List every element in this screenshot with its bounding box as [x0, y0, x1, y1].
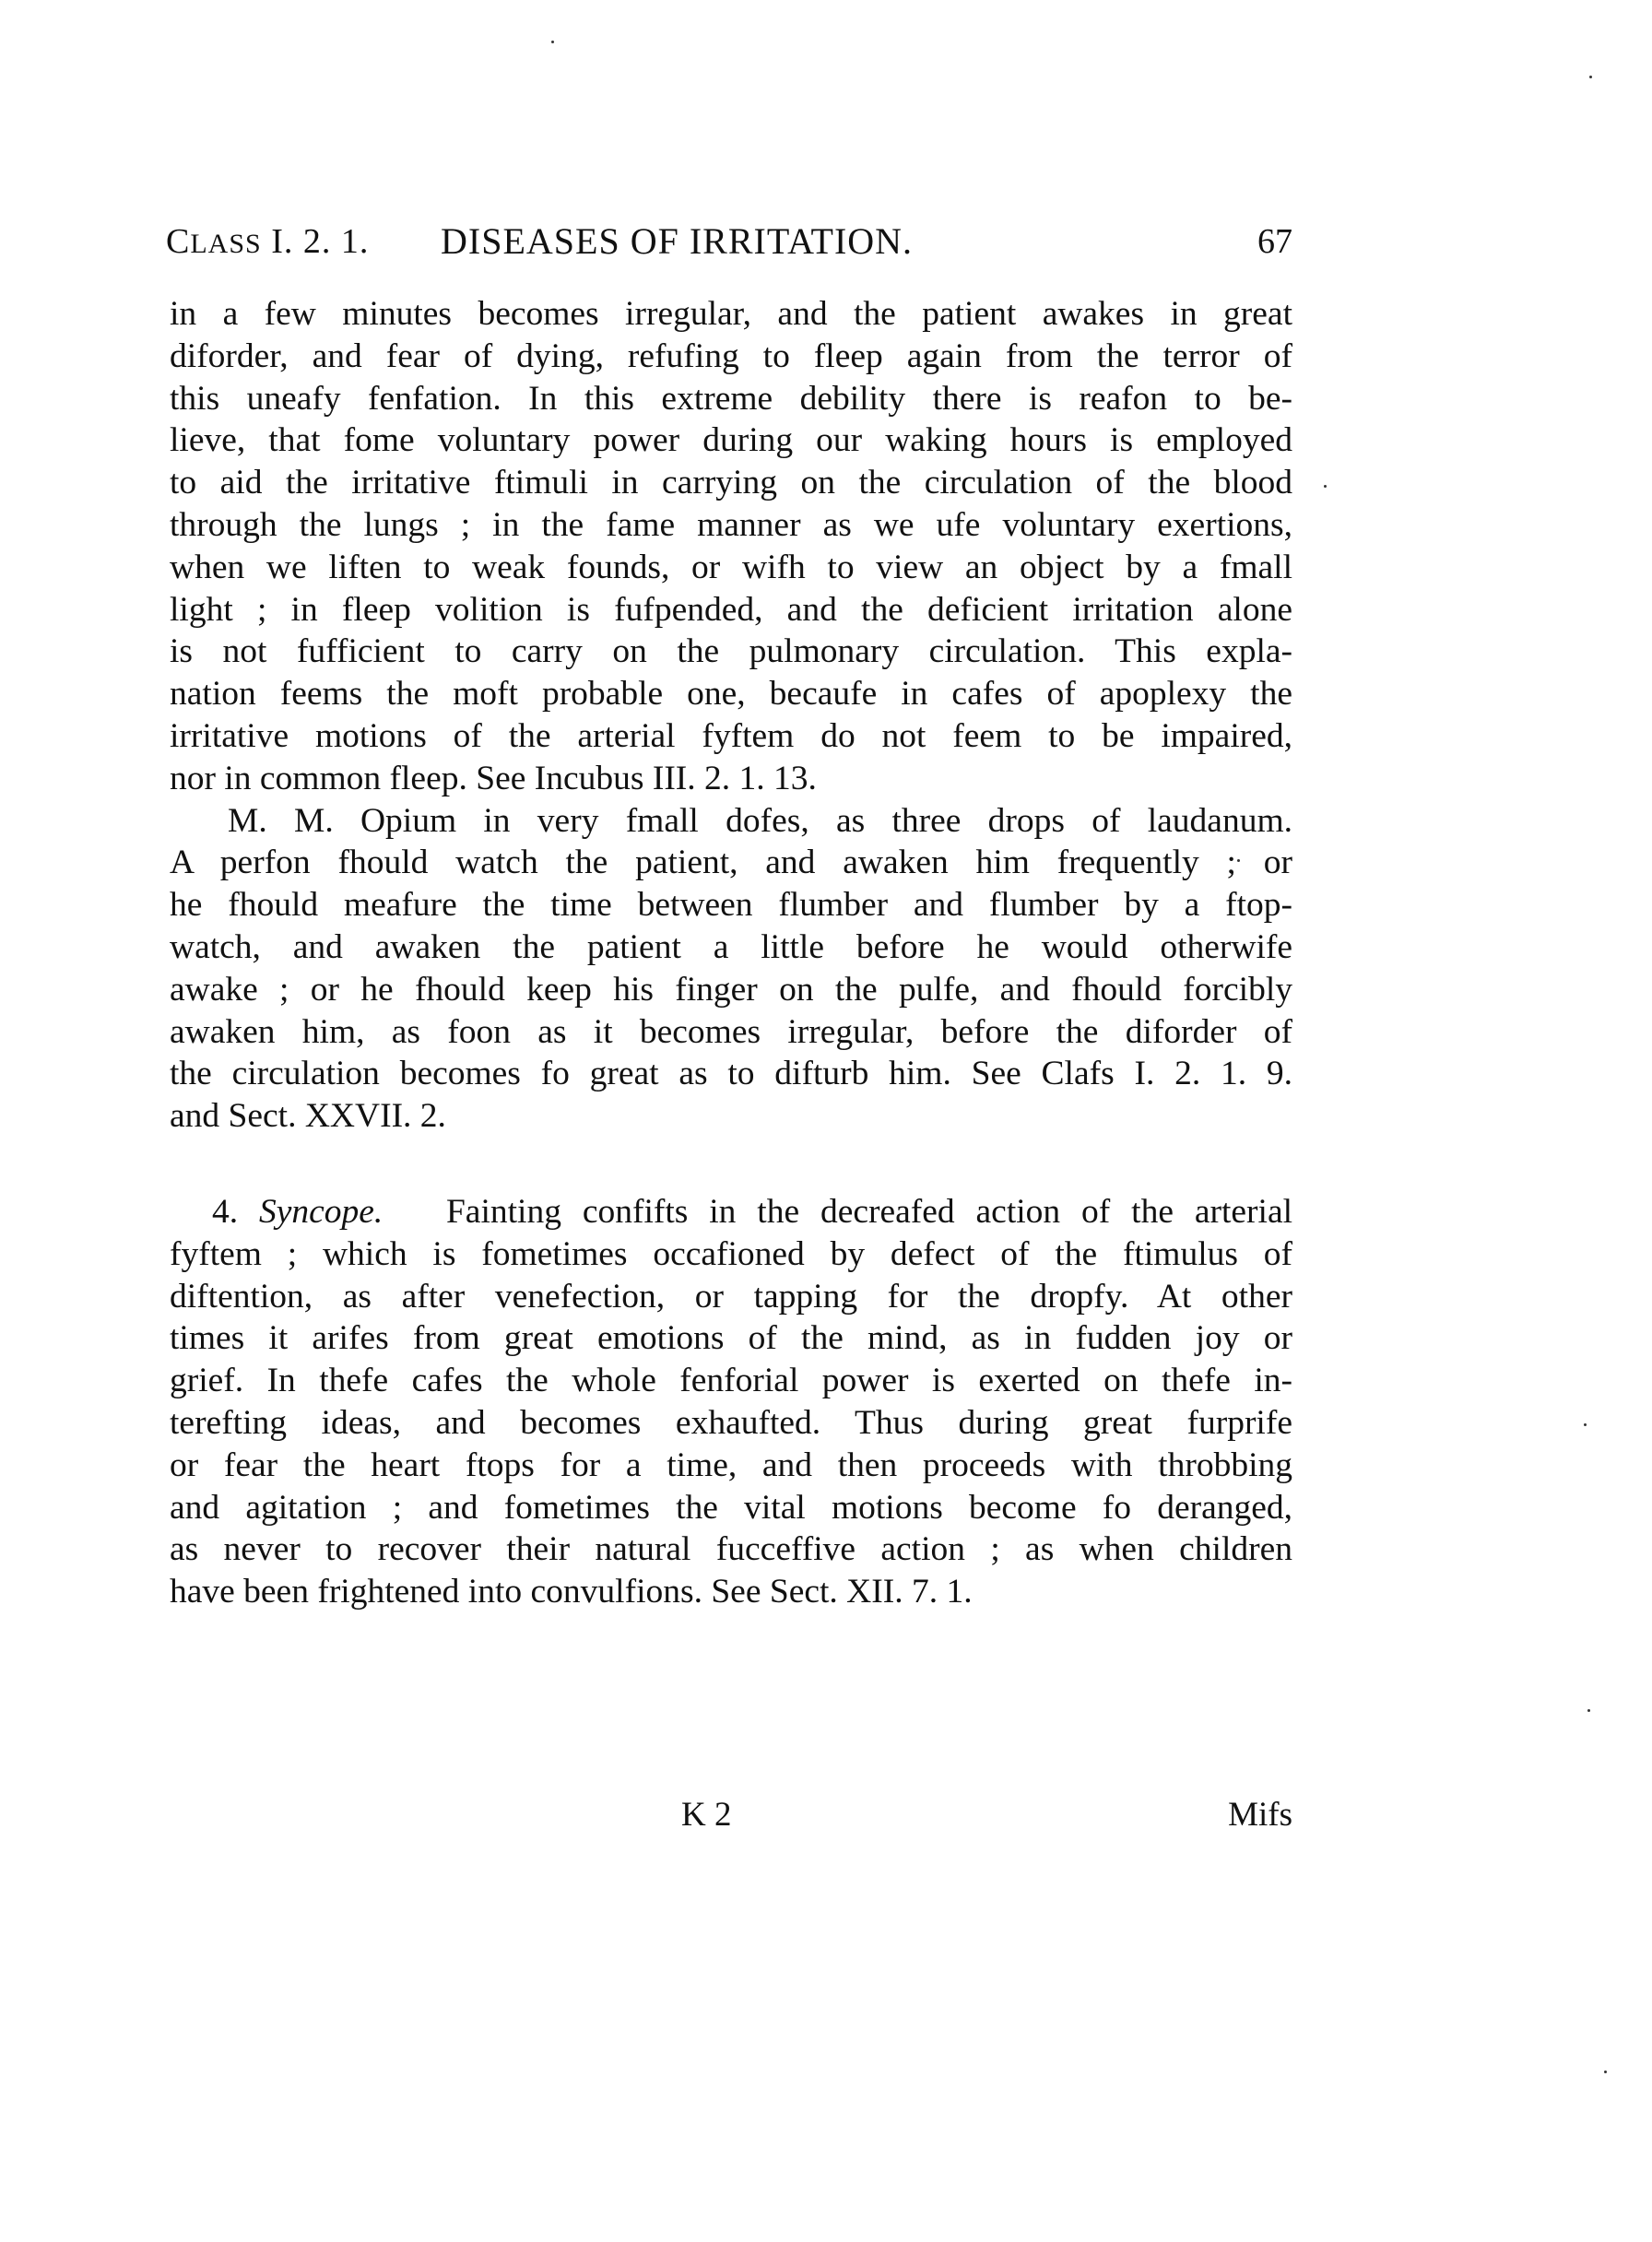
- text-line: watch, and awaken the patient a little b…: [170, 926, 1292, 969]
- catchword: Mifs: [1228, 1794, 1292, 1836]
- body-text: in a few minutes becomes irregular, and …: [170, 293, 1292, 1613]
- class-ref-number: I. 2. 1.: [271, 222, 369, 261]
- text-line: or fear the heart ftops for a time, and …: [170, 1445, 1292, 1487]
- section-number: 4.: [212, 1193, 238, 1231]
- text-line: to aid the irritative ftimuli in carryin…: [170, 462, 1292, 504]
- paragraph-continued: in a few minutes becomes irregular, and …: [170, 293, 1292, 800]
- scan-speck: [1584, 1423, 1587, 1426]
- first-line-text: Fainting confifts in the decreafed actio…: [446, 1193, 1292, 1231]
- page-footer: K 2 Mifs: [170, 1794, 1292, 1836]
- text-line: A perfon fhould watch the patient, and a…: [170, 842, 1292, 884]
- page-number: 67: [1257, 218, 1292, 265]
- text-line: lieve, that fome voluntary power during …: [170, 419, 1292, 462]
- scan-speck: [1237, 859, 1240, 862]
- book-page: CLASS I. 2. 1. DISEASES OF IRRITATION. 6…: [0, 0, 1652, 2242]
- running-head: CLASS I. 2. 1. DISEASES OF IRRITATION. 6…: [166, 218, 1292, 265]
- scan-speck: [1604, 2071, 1607, 2073]
- paragraph-syncope: 4. Syncope. Fainting confifts in the dec…: [170, 1191, 1292, 1613]
- scan-speck: [551, 41, 554, 43]
- text-line: times it arifes from great emotions of t…: [170, 1317, 1292, 1360]
- text-line: light ; in fleep volition is fufpended, …: [170, 589, 1292, 631]
- text-line: the circulation becomes fo great as to d…: [170, 1053, 1292, 1095]
- text-line: terefting ideas, and becomes exhaufted. …: [170, 1402, 1292, 1445]
- paragraph-materia-medica: M. M. Opium in very fmall dofes, as thre…: [170, 800, 1292, 1138]
- paragraph-gap: [170, 1138, 1292, 1191]
- text-line: he fhould meafure the time between flumb…: [170, 884, 1292, 926]
- text-line: awake ; or he fhould keep his finger on …: [170, 969, 1292, 1011]
- text-line: in a few minutes becomes irregular, and …: [170, 293, 1292, 336]
- class-label-small: LASS: [190, 229, 261, 259]
- section-heading: Syncope.: [259, 1193, 383, 1231]
- text-line: nor in common fleep. See Incubus III. 2.…: [170, 758, 1292, 800]
- text-line: 4. Syncope. Fainting confifts in the dec…: [170, 1191, 1292, 1233]
- text-line: have been frightened into convulfions. S…: [170, 1571, 1292, 1613]
- text-line: fyftem ; which is fometimes occafioned b…: [170, 1233, 1292, 1276]
- text-line: nation feems the moft probable one, beca…: [170, 673, 1292, 715]
- text-line: awaken him, as foon as it becomes irregu…: [170, 1011, 1292, 1054]
- text-line: irritative motions of the arterial fyfte…: [170, 715, 1292, 758]
- text-line: M. M. Opium in very fmall dofes, as thre…: [170, 800, 1292, 843]
- text-line: and agitation ; and fometimes the vital …: [170, 1487, 1292, 1529]
- scan-speck: [1587, 1709, 1590, 1712]
- chapter-title: DISEASES OF IRRITATION.: [441, 218, 913, 265]
- text-line: grief. In thefe cafes the whole fenforia…: [170, 1360, 1292, 1402]
- text-line: when we liften to weak founds, or wifh t…: [170, 547, 1292, 589]
- text-line: this uneafy fenfation. In this extreme d…: [170, 378, 1292, 420]
- text-line: diftention, as after venefection, or tap…: [170, 1276, 1292, 1318]
- text-line: is not fufficient to carry on the pulmon…: [170, 631, 1292, 673]
- class-label-cap: C: [166, 222, 190, 261]
- text-line: diforder, and fear of dying, refufing to…: [170, 336, 1292, 378]
- class-reference: CLASS I. 2. 1.: [166, 218, 369, 268]
- text-line: through the lungs ; in the fame manner a…: [170, 504, 1292, 547]
- scan-speck: [1324, 485, 1327, 488]
- text-line: and Sect. XXVII. 2.: [170, 1095, 1292, 1138]
- text-line: as never to recover their natural fuccef…: [170, 1528, 1292, 1571]
- scan-speck: [1589, 76, 1592, 78]
- signature-mark: K 2: [681, 1794, 731, 1836]
